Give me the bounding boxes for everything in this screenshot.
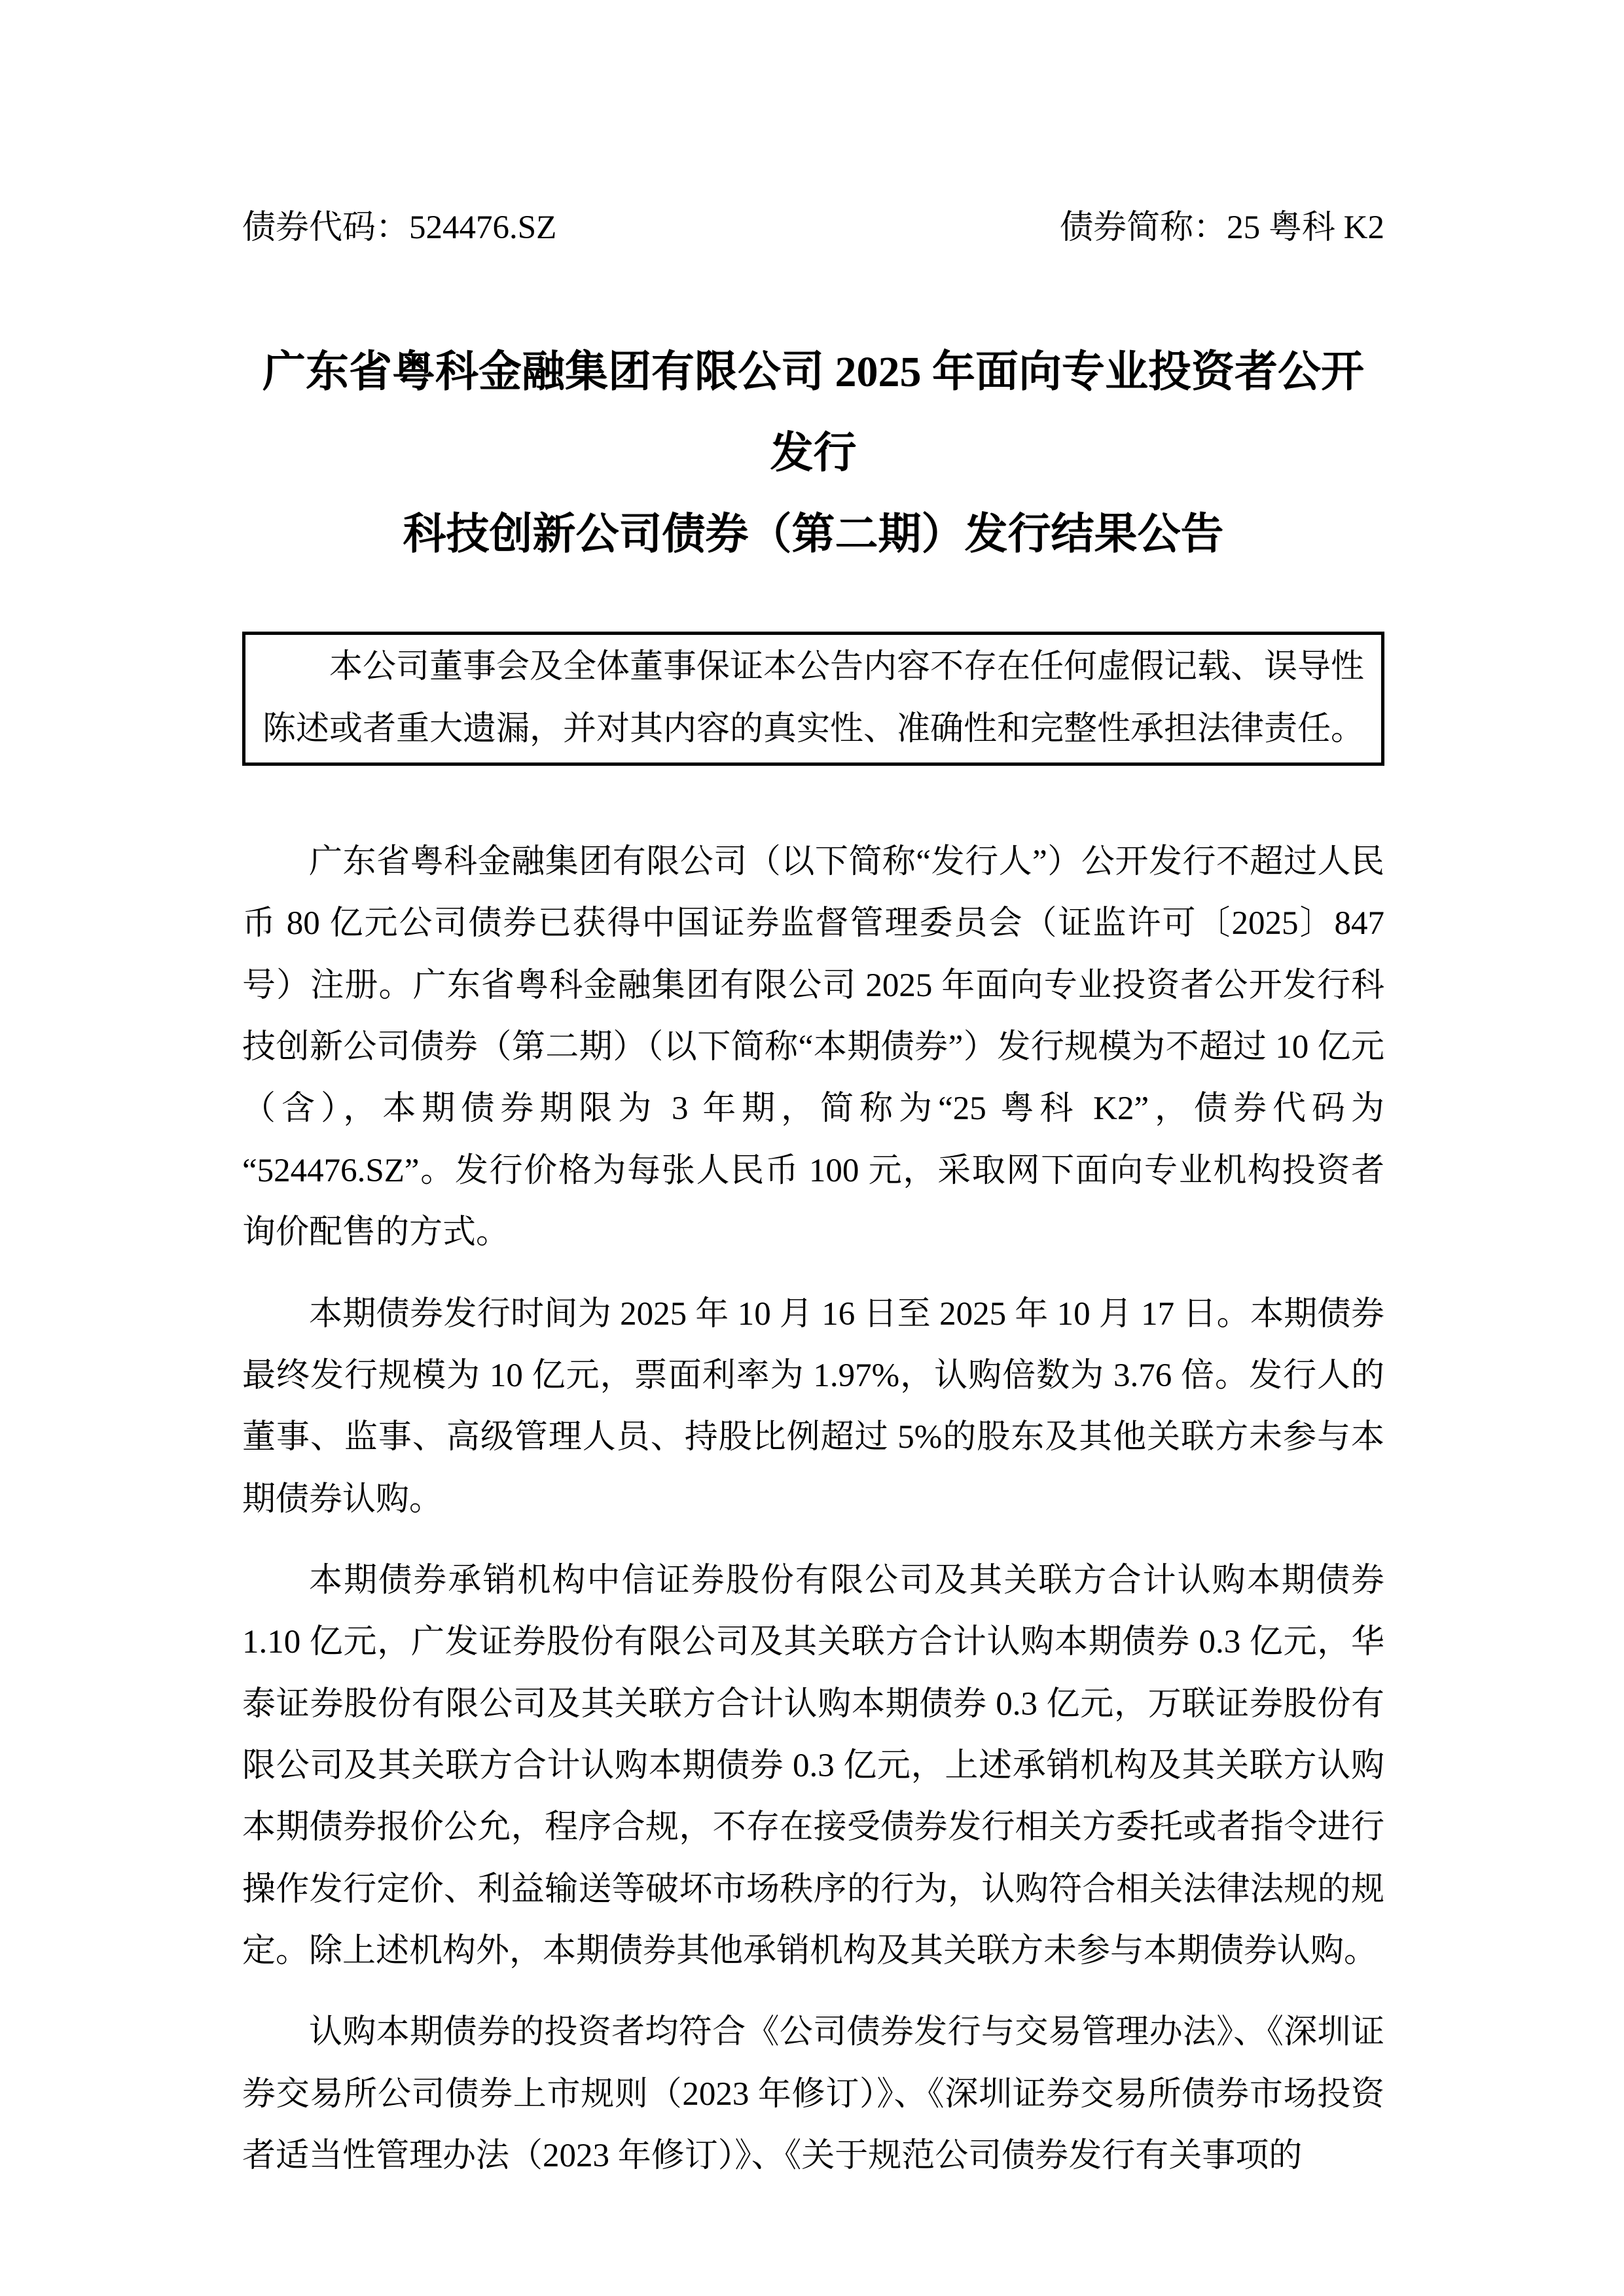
body-paragraph-investor-compliance: 认购本期债券的投资者均符合《公司债券发行与交易管理办法》、《深圳证券交易所公司债… [242,2001,1384,2187]
document-body: 广东省粤科金融集团有限公司（以下简称“发行人”）公开发行不超过人民币 80 亿元… [242,831,1384,2187]
body-paragraph-issuance-registration: 广东省粤科金融集团有限公司（以下简称“发行人”）公开发行不超过人民币 80 亿元… [242,831,1384,1263]
body-paragraph-issuance-result: 本期债券发行时间为 2025 年 10 月 16 日至 2025 年 10 月 … [242,1283,1384,1530]
page-title: 广东省粤科金融集团有限公司 2025 年面向专业投资者公开发行 科技创新公司债券… [242,332,1384,575]
bond-short-name: 债券简称：25 粤科 K2 [1060,208,1384,248]
announcement-page: 债券代码：524476.SZ 债券简称：25 粤科 K2 广东省粤科金融集团有限… [0,0,1624,2296]
page-title-line-2: 科技创新公司债券（第二期）发行结果公告 [242,494,1384,575]
document-header: 债券代码：524476.SZ 债券简称：25 粤科 K2 [242,208,1384,248]
disclaimer-box: 本公司董事会及全体董事保证本公告内容不存在任何虚假记载、误导性陈述或者重大遗漏，… [242,632,1384,766]
body-paragraph-underwriters: 本期债券承销机构中信证券股份有限公司及其关联方合计认购本期债券 1.10 亿元，… [242,1550,1384,1982]
disclaimer-text: 本公司董事会及全体董事保证本公告内容不存在任何虚假记载、误导性陈述或者重大遗漏，… [262,636,1364,760]
page-title-line-1: 广东省粤科金融集团有限公司 2025 年面向专业投资者公开发行 [242,332,1384,494]
bond-code: 债券代码：524476.SZ [242,208,556,248]
